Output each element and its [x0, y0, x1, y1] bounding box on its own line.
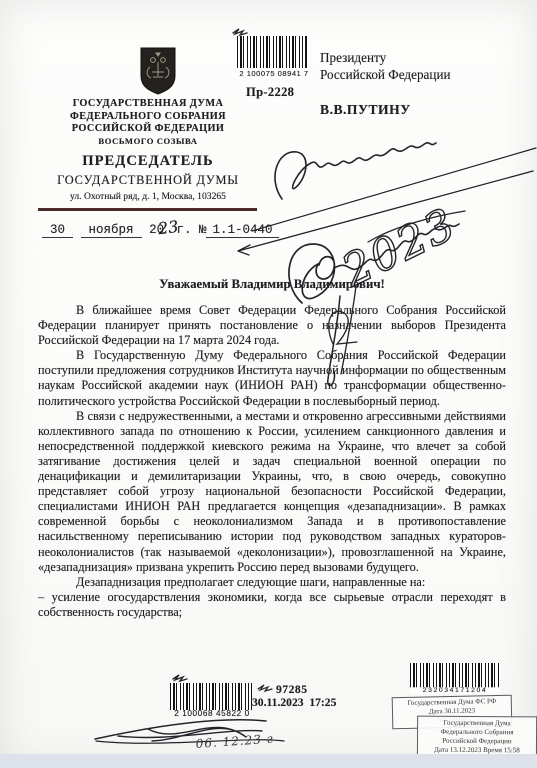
letter-body: В ближайшее время Совет Федерации Федера… [38, 303, 506, 620]
list-item-nationalization: – усиление огосударствления экономики, к… [38, 590, 506, 620]
handwritten-approval-date: 06. 12.23 г [195, 732, 274, 751]
registration-number: 97285 [276, 683, 307, 696]
scribble-reg-icon [258, 685, 272, 691]
scribble-top-icon [233, 29, 247, 35]
registration-datetime: 30.11.2023 17:25 [252, 696, 336, 709]
recipient-line1: Президенту [320, 50, 451, 67]
salutation: Уважаемый Владимир Владимирович! [38, 277, 506, 292]
presidential-ref-number: Пр-2228 [246, 85, 294, 100]
recipient-line2: Российской Федерации [320, 67, 451, 84]
scan-edge-strip [0, 754, 537, 768]
signature-flourish-line1 [238, 171, 533, 251]
date-number-line: 30 ноября 2023г. №1.1-0440 [42, 218, 279, 237]
signature-overline [368, 211, 465, 242]
state-duma-eagle-emblem-icon [140, 47, 176, 95]
paragraph-elections: В ближайшее время Совет Федерации Федера… [38, 303, 506, 348]
scanned-letter-page: ГОСУДАРСТВЕННАЯ ДУМА ФЕДЕРАЛЬНОГО СОБРАН… [0, 0, 537, 768]
bottom-right-barcode-bars [410, 663, 500, 688]
bottom-right-barcode [410, 663, 500, 688]
org-line-1: ГОСУДАРСТВЕННАЯ ДУМА [38, 98, 258, 111]
convocation-line: ВОСЬМОГО СОЗЫВА [38, 136, 258, 146]
flourish-arrowhead-icon [238, 245, 250, 255]
bottom-left-barcode [170, 683, 252, 710]
sender-title-line1: ПРЕДСЕДАТЕЛЬ [38, 153, 258, 170]
handwritten-year-digits: 23 [157, 217, 180, 238]
letterhead-org-name: ГОСУДАРСТВЕННАЯ ДУМА ФЕДЕРАЛЬНОГО СОБРАН… [38, 98, 258, 136]
paragraph-dezapadnizatsiya: В связи с недружественными, а местами и … [38, 409, 506, 575]
bottom-right-barcode-digits: 232034171204 [410, 687, 500, 694]
paragraph-inion-proposals: В Государственную Думу Федерального Собр… [38, 348, 506, 408]
top-barcode-digits: 2 100075 08941 7 [232, 69, 316, 78]
sender-title-line2: ГОСУДАРСТВЕННОЙ ДУМЫ [38, 173, 258, 188]
signature-tail [334, 224, 459, 269]
bottom-left-barcode-digits: 2 100068 45822 0 [164, 709, 260, 718]
list-intro: Дезападнизация предполагает следующие ша… [38, 575, 506, 590]
scribble-left-icon [173, 675, 187, 681]
sender-address: ул. Охотный ряд, д. 1, Москва, 103265 [38, 191, 258, 202]
org-line-2: ФЕДЕРАЛЬНОГО СОБРАНИЯ [38, 111, 258, 124]
top-barcode-bars [237, 36, 307, 68]
outgoing-number: 1.1-0440 [206, 223, 278, 238]
approval-signature-scrawl [95, 720, 284, 743]
recipient-name: В.В.ПУТИНУ [320, 102, 411, 118]
org-line-3: РОССИЙСКОЙ ФЕДЕРАЦИИ [38, 123, 258, 136]
letterhead-divider [38, 208, 257, 211]
resolution-word-scrawl [275, 143, 436, 199]
top-barcode [237, 36, 307, 68]
signature-main-loop [289, 244, 335, 303]
bottom-left-barcode-bars [170, 683, 252, 710]
signature-flourish-line2 [252, 148, 536, 231]
recipient-block: Президенту Российской Федерации [320, 50, 451, 83]
date-month: ноября [81, 223, 142, 238]
date-day: 30 [42, 223, 73, 238]
